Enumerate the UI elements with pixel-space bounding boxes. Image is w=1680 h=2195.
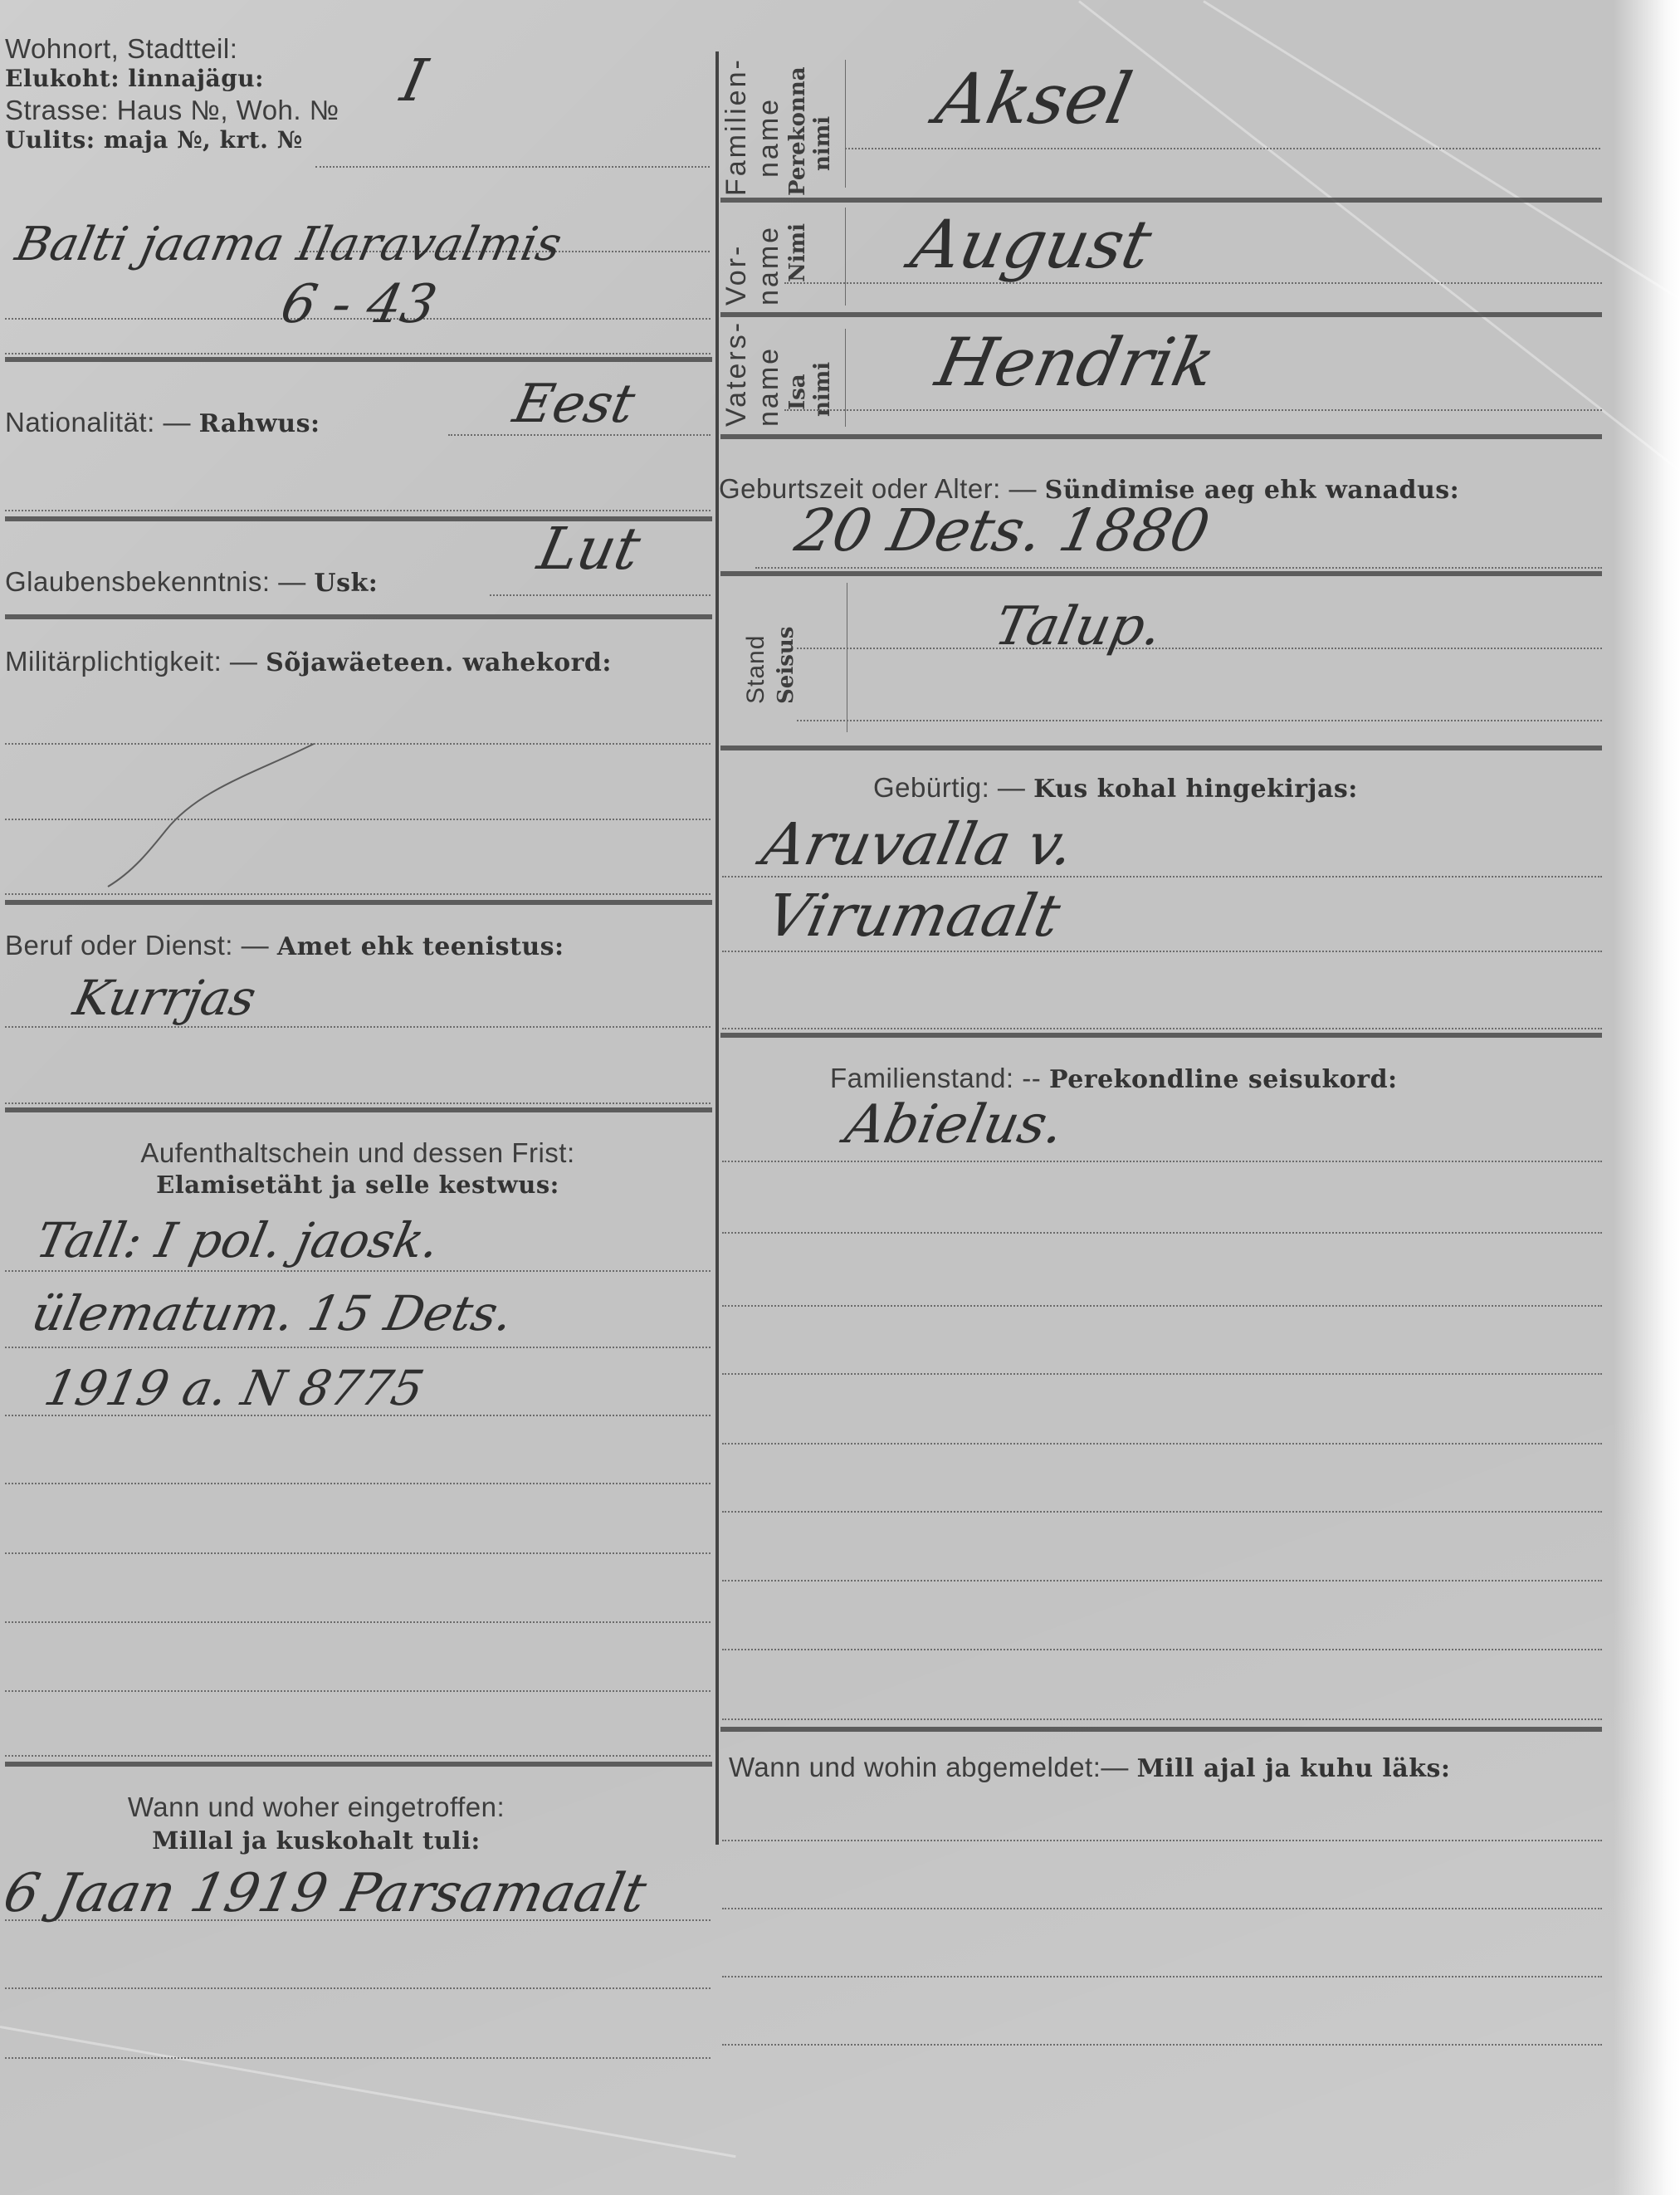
dotted-line	[722, 1443, 1602, 1445]
surname-label: Familien- name Perekonna nimi	[720, 57, 835, 196]
permit-label-de: Aufenthaltschein und dessen Frist:	[5, 1137, 711, 1169]
marital-label: Familienstand: -- Perekondline seisukord…	[830, 1063, 1398, 1094]
arrival-value[interactable]: 6 Jaan 1919 Parsamaalt	[0, 1863, 652, 1924]
dotted-line	[722, 1718, 1602, 1720]
military-label: Militärplichtigkeit: — Sõjawäeteen. wahe…	[5, 646, 612, 677]
right-rule	[720, 746, 1602, 750]
dotted-line	[5, 1102, 711, 1104]
dotted-line	[5, 1987, 711, 1989]
firstname-label: Vor- name Nimi	[720, 223, 810, 306]
occupation-value[interactable]: Kurrjas	[69, 970, 261, 1026]
dotted-line	[5, 1026, 711, 1028]
permit-label-et: Elamisetäht ja selle kestwus:	[5, 1171, 711, 1199]
nationality-label: Nationalität: — Rahwus:	[5, 407, 320, 438]
religion-value[interactable]: Lut	[532, 515, 646, 583]
residence-label-et: Elukoht: linnajägu:	[5, 65, 264, 92]
dotted-line	[315, 166, 710, 168]
dotted-line	[722, 2044, 1602, 2046]
dotted-line	[722, 1840, 1602, 1841]
fathername-label: Vaters- name Isa nimi	[720, 320, 835, 427]
center-divider	[715, 51, 719, 1845]
permit-value-line2[interactable]: ülematum. 15 Dets.	[27, 1285, 518, 1342]
dotted-line	[5, 2057, 711, 2059]
dotted-line	[722, 1373, 1602, 1375]
birthplace-label: Gebürtig: — Kus kohal hingekirjas:	[873, 772, 1358, 804]
dotted-line	[722, 951, 1602, 952]
right-rule	[720, 312, 1602, 317]
dotted-line	[722, 1649, 1602, 1650]
dotted-line	[722, 1232, 1602, 1234]
left-rule	[5, 1762, 712, 1767]
occupation-label: Beruf oder Dienst: — Amet ehk teenistus:	[5, 930, 564, 961]
right-rule	[720, 434, 1602, 439]
marital-value[interactable]: Abielus.	[840, 1094, 1069, 1156]
right-rule	[720, 571, 1602, 576]
left-rule	[5, 1107, 712, 1112]
permit-value-line1[interactable]: Tall: I pol. jaosk.	[32, 1212, 445, 1269]
street-label-de: Strasse: Haus №, Woh. №	[5, 95, 339, 126]
residence-label-de: Wohnort, Stadtteil:	[5, 33, 237, 65]
birthplace-value-line2[interactable]: Virumaalt	[760, 882, 1066, 950]
label-separator	[845, 329, 846, 427]
dotted-line	[722, 1976, 1602, 1977]
status-value[interactable]: Talup.	[989, 596, 1168, 658]
firstname-value[interactable]: August	[905, 206, 1158, 283]
birth-value[interactable]: 20 Dets. 1880	[789, 496, 1215, 565]
right-rule	[720, 1727, 1602, 1732]
label-separator	[847, 583, 847, 732]
torn-paper-edge	[1614, 0, 1680, 2195]
permit-value-line3[interactable]: 1919 a. N 8775	[40, 1360, 429, 1416]
label-separator	[845, 208, 846, 306]
dotted-line	[722, 1161, 1602, 1162]
left-rule	[5, 614, 712, 619]
dotted-line	[5, 1755, 711, 1757]
departure-label: Wann und wohin abgemeldet:— Mill ajal ja…	[729, 1752, 1450, 1783]
dotted-line	[5, 1552, 711, 1554]
house-number-value[interactable]: 6 - 43	[276, 274, 442, 335]
right-rule	[720, 198, 1602, 203]
dotted-line	[5, 1347, 711, 1348]
dotted-line	[722, 1580, 1602, 1581]
religion-label: Glaubensbekenntnis: — Usk:	[5, 566, 378, 598]
street-value[interactable]: Balti jaama Ilaravalmis	[11, 218, 566, 271]
dotted-line	[797, 648, 1602, 649]
dotted-line	[845, 148, 1600, 149]
dotted-line	[5, 1621, 711, 1623]
dotted-line	[5, 1270, 711, 1272]
dotted-line	[5, 510, 711, 511]
dotted-line	[722, 1511, 1602, 1513]
dotted-line	[755, 567, 1602, 569]
left-rule	[5, 900, 712, 905]
surname-value[interactable]: Aksel	[930, 58, 1139, 139]
dotted-line	[5, 353, 711, 354]
dotted-line	[490, 594, 711, 596]
military-strike-mark	[100, 739, 332, 888]
status-label: Stand Seisus	[742, 627, 798, 704]
arrival-label-de: Wann und woher eingetroffen:	[5, 1792, 628, 1823]
dotted-line	[722, 1908, 1602, 1909]
dotted-line	[722, 1028, 1602, 1029]
left-rule	[5, 357, 712, 362]
dotted-line	[784, 409, 1602, 411]
dotted-line	[5, 893, 711, 895]
birthplace-value-line1[interactable]: Aruvalla v.	[756, 810, 1080, 878]
nationality-value[interactable]: Eest	[508, 374, 640, 435]
right-rule	[720, 1033, 1602, 1038]
dotted-line	[5, 1690, 711, 1692]
arrival-label-et: Millal ja kuskohalt tuli:	[5, 1826, 628, 1855]
dotted-line	[722, 1305, 1602, 1307]
dotted-line	[797, 720, 1602, 721]
label-separator	[845, 60, 846, 188]
street-label-et: Uulits: maja №, krt. №	[5, 126, 303, 154]
fathername-value[interactable]: Hendrik	[930, 324, 1222, 401]
dotted-line	[5, 1483, 711, 1484]
